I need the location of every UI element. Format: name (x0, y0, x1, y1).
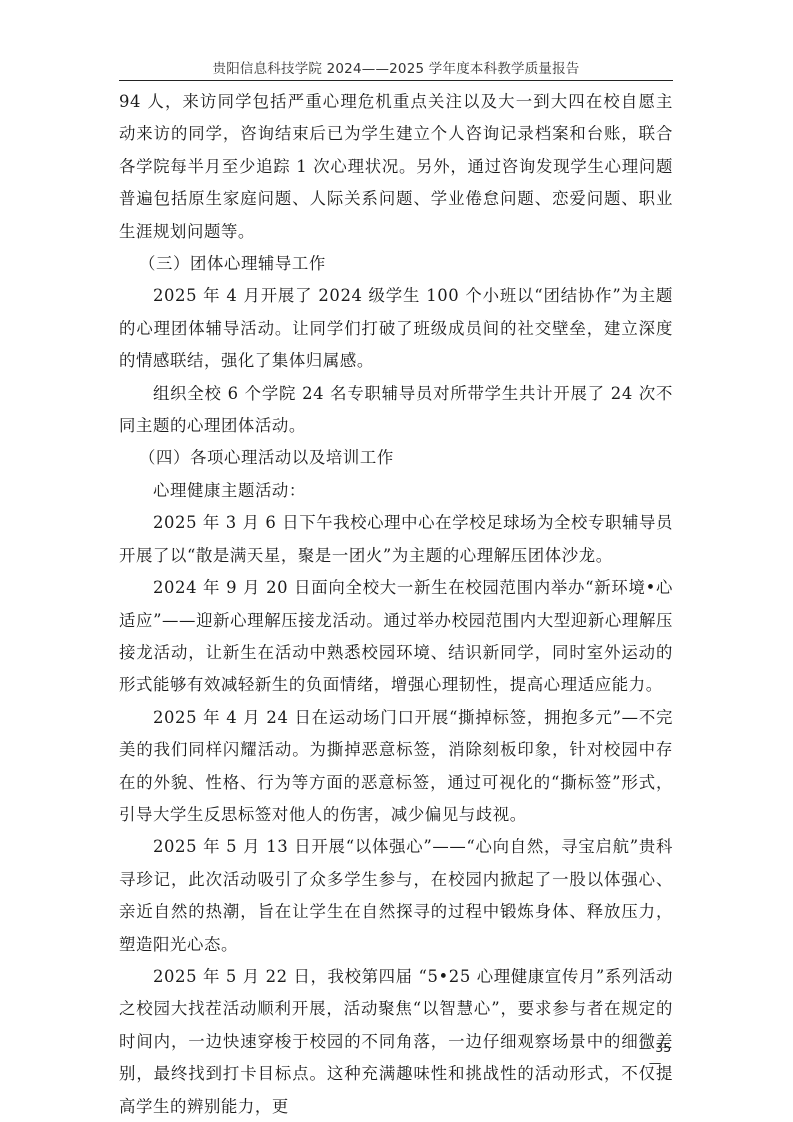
paragraph-counseling-continued: 94 人，来访同学包括严重心理危机重点关注以及大一到大四在校自愿主动来访的同学，… (119, 86, 673, 248)
paragraph-spot-difference: 2025 年 5 月 22 日，我校第四届 “5•25 心理健康宣传月”系列活动… (119, 961, 673, 1122)
paragraph-counselor-activities: 组织全校 6 个学院 24 名专职辅导员对所带学生共计开展了 24 次不同主题的… (119, 378, 673, 443)
paragraph-salon-march: 2025 年 3 月 6 日下午我校心理中心在学校足球场为全校专职辅导员开展了以… (119, 507, 673, 572)
paragraph-nature-treasure-hunt: 2025 年 5 月 13 日开展“以体强心”——“心向自然，寻宝启航”贵科寻珍… (119, 831, 673, 961)
paragraph-group-activity-april: 2025 年 4 月开展了 2024 级学生 100 个小班以“团结协作”为主题… (119, 280, 673, 377)
paragraph-freshman-relay: 2024 年 9 月 20 日面向全校大一新生在校园范围内举办“新环境•心适应”… (119, 572, 673, 702)
section-heading-activities-training: （四）各项心理活动以及培训工作 (119, 442, 673, 474)
subheading-mental-health-activities: 心理健康主题活动： (119, 475, 673, 507)
paragraph-tear-labels: 2025 年 4 月 24 日在运动场门口开展“撕掉标签，拥抱多元”—不完美的我… (119, 702, 673, 832)
document-body: 94 人，来访同学包括严重心理危机重点关注以及大一到大四在校自愿主动来访的同学，… (119, 86, 673, 1122)
page-number: — 35 — (633, 1040, 677, 1070)
section-heading-group-counseling: （三）团体心理辅导工作 (119, 248, 673, 280)
page-header: 贵阳信息科技学院 2024——2025 学年度本科教学质量报告 (119, 60, 673, 81)
report-title: 贵阳信息科技学院 2024——2025 学年度本科教学质量报告 (213, 61, 580, 77)
